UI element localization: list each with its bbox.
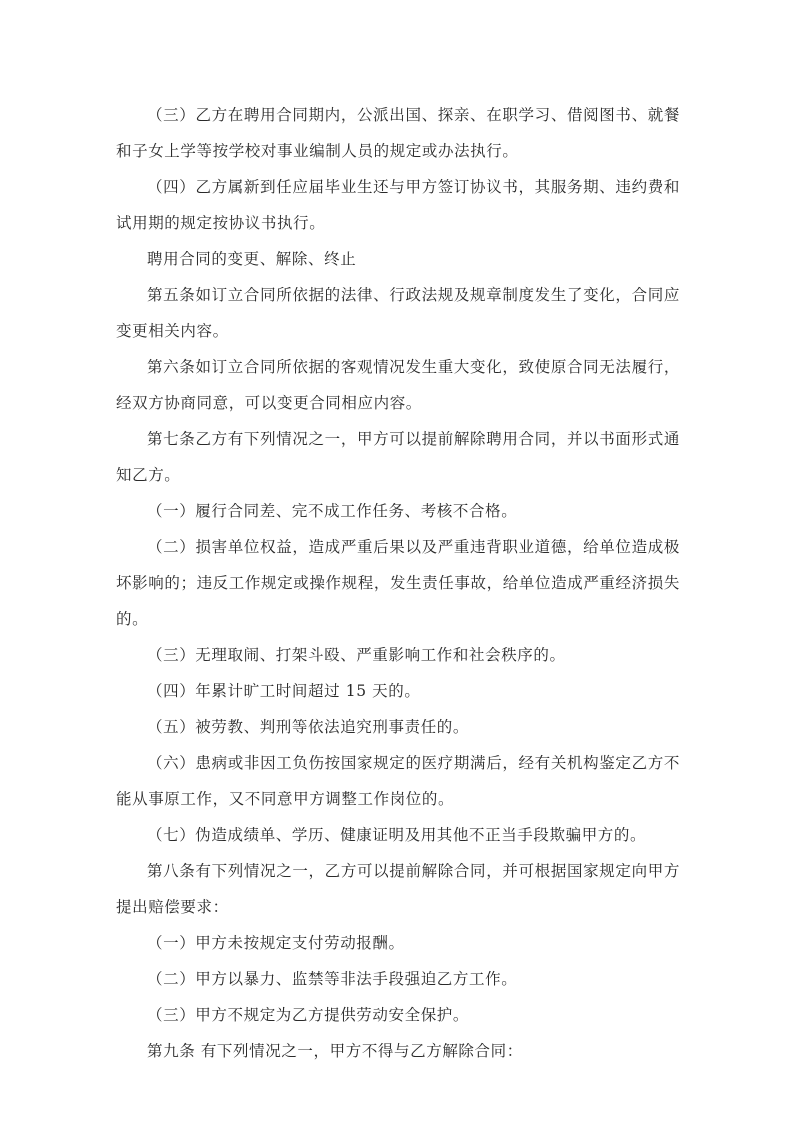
paragraph-article-7-item-1: （一）履行合同差、完不成工作任务、考核不合格。 <box>116 493 680 529</box>
paragraph-clause-3-benefits: （三）乙方在聘用合同期内，公派出国、探亲、在职学习、借阅图书、就餐和子女上学等按… <box>116 97 680 169</box>
paragraph-article-8: 第八条有下列情况之一，乙方可以提前解除合同，并可根据国家规定向甲方提出赔偿要求： <box>116 853 680 925</box>
paragraph-article-7-item-3: （三）无理取闹、打架斗殴、严重影响工作和社会秩序的。 <box>116 637 680 673</box>
paragraph-article-7-item-4: （四）年累计旷工时间超过 15 天的。 <box>116 673 680 709</box>
paragraph-article-7-item-5: （五）被劳教、判刑等依法追究刑事责任的。 <box>116 709 680 745</box>
paragraph-article-5: 第五条如订立合同所依据的法律、行政法规及规章制度发生了变化，合同应变更相关内容。 <box>116 277 680 349</box>
section-heading-contract-changes: 聘用合同的变更、解除、终止 <box>116 241 680 277</box>
paragraph-article-7-item-6: （六）患病或非因工负伤按国家规定的医疗期满后，经有关机构鉴定乙方不能从事原工作，… <box>116 745 680 817</box>
paragraph-article-6: 第六条如订立合同所依据的客观情况发生重大变化，致使原合同无法履行，经双方协商同意… <box>116 349 680 421</box>
paragraph-clause-4-graduates: （四）乙方属新到任应届毕业生还与甲方签订协议书，其服务期、违约费和试用期的规定按… <box>116 169 680 241</box>
paragraph-article-7: 第七条乙方有下列情况之一，甲方可以提前解除聘用合同，并以书面形式通知乙方。 <box>116 421 680 493</box>
paragraph-article-7-item-2: （二）损害单位权益，造成严重后果以及严重违背职业道德，给单位造成极坏影响的；违反… <box>116 529 680 637</box>
paragraph-article-9: 第九条 有下列情况之一，甲方不得与乙方解除合同： <box>116 1033 680 1069</box>
paragraph-article-7-item-7: （七）伪造成绩单、学历、健康证明及用其他不正当手段欺骗甲方的。 <box>116 817 680 853</box>
paragraph-article-8-item-1: （一）甲方未按规定支付劳动报酬。 <box>116 925 680 961</box>
document-page: （三）乙方在聘用合同期内，公派出国、探亲、在职学习、借阅图书、就餐和子女上学等按… <box>116 97 680 1069</box>
paragraph-article-8-item-3: （三）甲方不规定为乙方提供劳动安全保护。 <box>116 997 680 1033</box>
paragraph-article-8-item-2: （二）甲方以暴力、监禁等非法手段强迫乙方工作。 <box>116 961 680 997</box>
